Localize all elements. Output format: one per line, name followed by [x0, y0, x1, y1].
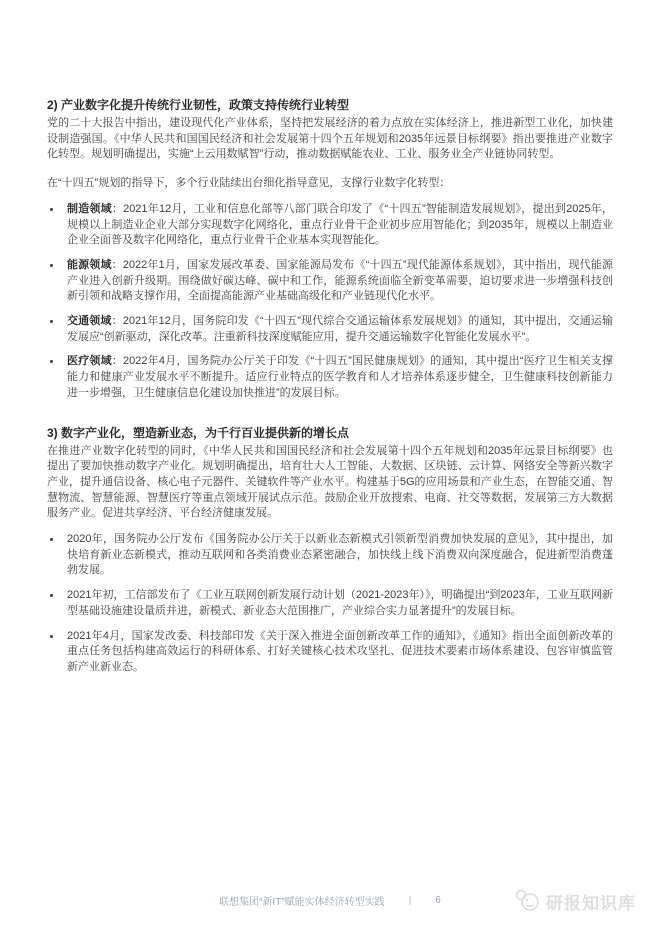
footer-separator: |	[409, 895, 412, 906]
footer-doc-title: 联想集团“新IT”赋能实体经济转型实践	[219, 893, 385, 908]
section2-paragraph-1: 党的二十大报告中指出，建设现代化产业体系，坚持把发展经济的着力点放在实体经济上，…	[47, 116, 613, 163]
bullet-dot-icon	[50, 360, 53, 363]
panda-logo-icon	[514, 888, 542, 914]
list-item: 交通领域：2021年12月，国务院印发《“十四五”现代综合交通运输体系发展规划》…	[47, 314, 613, 345]
list-item: 制造领域：2021年12月，工业和信息化部等八部门联合印发了《“十四五”智能制造…	[47, 202, 613, 249]
page-footer: 联想集团“新IT”赋能实体经济转型实践 | 6 研报知识库	[0, 888, 660, 918]
bullet-dot-icon	[50, 320, 53, 323]
list-item: 能源领域：2022年1月，国家发展改革委、国家能源局发布《“十四五”现代能源体系…	[47, 258, 613, 305]
bullet-dot-icon	[50, 264, 53, 267]
bullet-label: 制造领域	[67, 203, 112, 215]
bullet-text: 2021年4月，国家发改委、科技部印发《关于深入推进全面创新改革工作的通知》，《…	[67, 630, 613, 673]
list-item: 2020年，国务院办公厅发布《国务院办公厅关于以新业态新模式引领新型消费加快发展…	[47, 532, 613, 579]
page-content: 2) 产业数字化提升传统行业韧性，政策支持传统行业转型 党的二十大报告中指出，建…	[47, 97, 613, 685]
bullet-text: 2020年，国务院办公厅发布《国务院办公厅关于以新业态新模式引领新型消费加快发展…	[67, 533, 613, 576]
section2-heading: 2) 产业数字化提升传统行业韧性，政策支持传统行业转型	[47, 97, 613, 113]
list-item: 2021年初，工信部发布了《工业互联网创新发展行动计划（2021-2023年）》…	[47, 588, 613, 619]
bullet-dot-icon	[50, 538, 53, 541]
document-page: 2) 产业数字化提升传统行业韧性，政策支持传统行业转型 党的二十大报告中指出，建…	[0, 0, 660, 933]
bullet-label: 能源领域	[67, 259, 112, 271]
section3-heading: 3) 数字产业化，塑造新业态，为千行百业提供新的增长点	[47, 425, 613, 441]
footer-page-number: 6	[435, 895, 441, 906]
section3-bullet-list: 2020年，国务院办公厅发布《国务院办公厅关于以新业态新模式引领新型消费加快发展…	[47, 532, 613, 676]
bullet-text: ：2022年1月，国家发展改革委、国家能源局发布《“十四五”现代能源体系规划》，…	[67, 259, 613, 302]
bullet-text: 2021年初，工信部发布了《工业互联网创新发展行动计划（2021-2023年）》…	[67, 589, 613, 617]
brand-watermark: 研报知识库	[514, 888, 636, 914]
list-item: 医疗领域：2022年4月，国务院办公厅关于印发《“十四五”国民健康规划》的通知，…	[47, 354, 613, 401]
bullet-dot-icon	[50, 635, 53, 638]
section3-paragraph-1: 在推进产业数字化转型的同时，《中华人民共和国国民经济和社会发展第十四个五年规划和…	[47, 444, 613, 523]
section-industry-digitalization: 2) 产业数字化提升传统行业韧性，政策支持传统行业转型 党的二十大报告中指出，建…	[47, 97, 613, 402]
bullet-label: 医疗领域	[67, 355, 112, 367]
bullet-text: ：2021年12月，工业和信息化部等八部门联合印发了《“十四五”智能制造发展规划…	[67, 203, 613, 246]
bullet-dot-icon	[50, 208, 53, 211]
brand-name: 研报知识库	[546, 889, 636, 914]
bullet-dot-icon	[50, 594, 53, 597]
section-digital-industrialization: 3) 数字产业化，塑造新业态，为千行百业提供新的增长点 在推进产业数字化转型的同…	[47, 425, 613, 676]
bullet-text: ：2022年4月，国务院办公厅关于印发《“十四五”国民健康规划》的通知，其中提出…	[67, 355, 613, 398]
list-item: 2021年4月，国家发改委、科技部印发《关于深入推进全面创新改革工作的通知》，《…	[47, 629, 613, 676]
section2-paragraph-2: 在“十四五”规划的指导下，多个行业陆续出台细化指导意见，支撑行业数字化转型：	[47, 176, 613, 192]
bullet-text: ：2021年12月，国务院印发《“十四五”现代综合交通运输体系发展规划》的通知，…	[67, 315, 613, 343]
bullet-label: 交通领域	[67, 315, 112, 327]
section2-bullet-list: 制造领域：2021年12月，工业和信息化部等八部门联合印发了《“十四五”智能制造…	[47, 202, 613, 402]
